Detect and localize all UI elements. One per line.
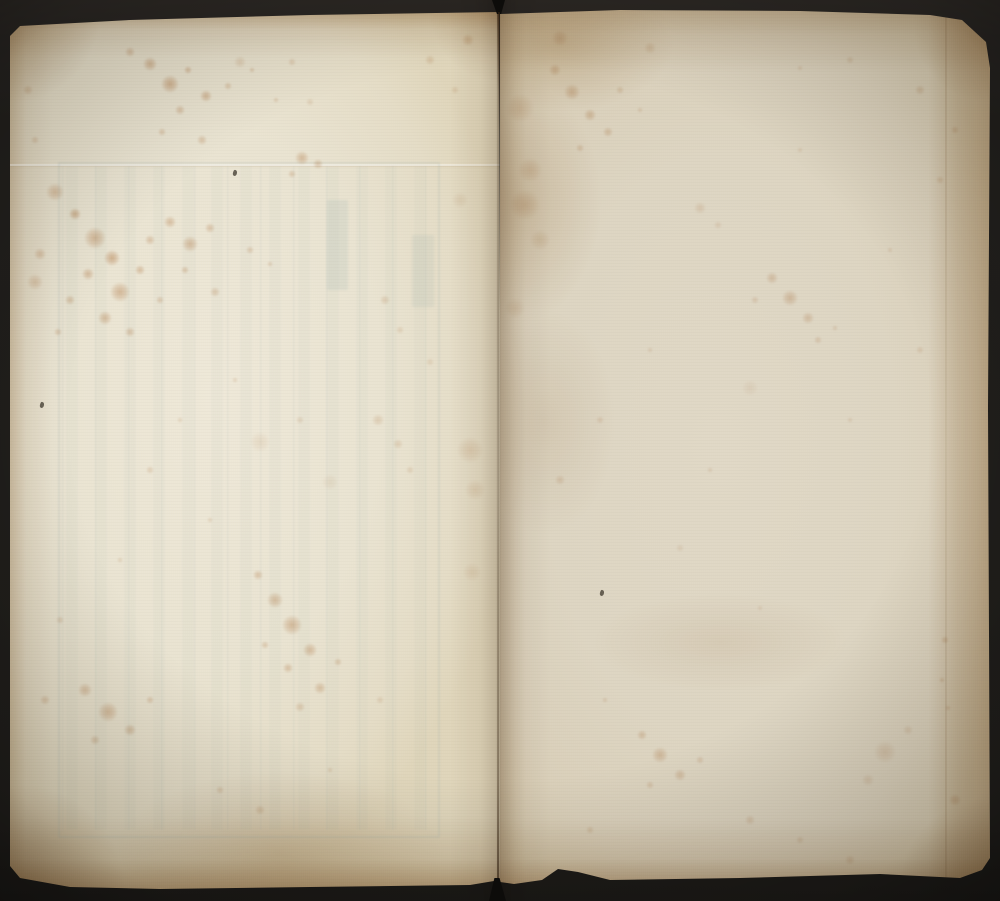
foxing-spot xyxy=(314,682,326,694)
foxing-spot xyxy=(802,312,814,324)
foxing-spot xyxy=(288,58,296,66)
foxing-spot xyxy=(34,248,46,260)
foxing-spot xyxy=(158,128,166,136)
foxing-spot xyxy=(23,85,33,95)
foxing-spot xyxy=(676,544,684,552)
foxing-spot xyxy=(887,247,893,253)
right-page xyxy=(500,8,990,889)
foxing-spot xyxy=(69,208,81,220)
foxing-spot xyxy=(296,416,304,424)
foxing-spot xyxy=(65,295,75,305)
foxing-spot xyxy=(372,414,384,426)
foxing-spot xyxy=(845,855,855,865)
showthrough-title-block xyxy=(327,200,348,290)
foxing-spot xyxy=(327,767,333,773)
foxing-spot xyxy=(941,636,949,644)
foxing-spot xyxy=(596,416,604,424)
foxing-spot xyxy=(936,176,944,184)
foxing-spot xyxy=(452,192,468,208)
foxing-spot xyxy=(751,296,759,304)
right-page-edge-browning xyxy=(500,8,990,889)
foxing-spot xyxy=(117,557,123,563)
foxing-spot xyxy=(40,695,50,705)
foxing-spot xyxy=(647,347,653,353)
foxing-spot xyxy=(564,84,580,100)
foxing-spot xyxy=(396,326,404,334)
foxing-spot xyxy=(939,677,945,683)
binding-notch-top xyxy=(492,0,505,14)
foxing-spot xyxy=(797,147,803,153)
foxing-spot xyxy=(306,98,314,106)
foxing-spot xyxy=(584,109,596,121)
foxing-spot xyxy=(451,86,459,94)
foxing-spot xyxy=(146,466,154,474)
foxing-spot xyxy=(874,741,896,763)
foxing-spot xyxy=(915,85,925,95)
foxing-spot xyxy=(288,170,296,178)
foxing-spot xyxy=(376,696,384,704)
foxing-spot xyxy=(380,295,390,305)
foxing-spot xyxy=(250,432,270,452)
foxing-right xyxy=(500,8,990,889)
foxing-spot xyxy=(246,246,254,254)
foxing-spot xyxy=(616,86,624,94)
foxing-spot xyxy=(714,221,722,229)
foxing-spot xyxy=(295,151,309,165)
foxing-spot xyxy=(696,756,704,764)
foxing-spot xyxy=(181,266,189,274)
foxing-spot xyxy=(766,272,778,284)
foxing-spot xyxy=(253,570,263,580)
showthrough-border-frame xyxy=(58,162,440,838)
foxing-spot xyxy=(506,94,534,122)
debris-speck xyxy=(599,590,605,597)
foxing-spot xyxy=(234,56,246,68)
foxing-spot xyxy=(232,377,238,383)
foxing-spot xyxy=(549,64,561,76)
foxing-spot xyxy=(78,683,92,697)
foxing-spot xyxy=(518,158,542,182)
foxing-spot xyxy=(322,474,338,490)
foxing-spot xyxy=(782,290,798,306)
foxing-spot xyxy=(249,67,255,73)
foxing-spot xyxy=(637,730,647,740)
foxing-spot xyxy=(125,47,135,57)
foxing-spot xyxy=(210,287,220,297)
foxing-spot xyxy=(393,439,403,449)
foxing-spot xyxy=(177,417,183,423)
foxing-spot xyxy=(84,227,106,249)
foxing-spot xyxy=(145,235,155,245)
foxing-spot xyxy=(104,250,120,266)
foxing-spot xyxy=(146,696,154,704)
foxing-spot xyxy=(135,265,145,275)
foxing-spot xyxy=(847,417,853,423)
foxing-spot xyxy=(796,836,804,844)
foxing-spot xyxy=(255,805,265,815)
right-page-fold-crease xyxy=(945,8,947,889)
foxing-spot xyxy=(951,126,959,134)
foxing-spot xyxy=(742,380,758,396)
foxing-spot xyxy=(425,55,435,65)
foxing-spot xyxy=(916,346,924,354)
foxing-spot xyxy=(949,794,961,806)
foxing-spot xyxy=(124,724,136,736)
foxing-spot xyxy=(175,105,185,115)
foxing-spot xyxy=(197,135,207,145)
foxing-spot xyxy=(184,66,192,74)
foxing-spot xyxy=(164,216,176,228)
debris-speck xyxy=(39,402,45,409)
foxing-spot xyxy=(110,282,130,302)
foxing-spot xyxy=(406,466,414,474)
foxing-spot xyxy=(745,815,755,825)
foxing-spot xyxy=(510,190,540,220)
foxing-spot xyxy=(261,641,269,649)
foxing-spot xyxy=(90,735,100,745)
foxing-spot xyxy=(832,325,838,331)
foxing-spot xyxy=(945,705,951,711)
foxing-spot xyxy=(555,475,565,485)
foxing-spot xyxy=(224,82,232,90)
left-page-horizontal-crease xyxy=(10,164,500,166)
foxing-spot xyxy=(267,592,283,608)
foxing-spot xyxy=(46,183,64,201)
foxing-spot xyxy=(644,42,656,54)
foxing-spot xyxy=(552,30,568,46)
foxing-spot xyxy=(205,223,215,233)
foxing-spot xyxy=(303,643,317,657)
book-scan xyxy=(0,0,1000,901)
foxing-spot xyxy=(694,202,706,214)
foxing-spot xyxy=(182,236,198,252)
foxing-spot xyxy=(457,437,483,463)
foxing-spot xyxy=(82,268,94,280)
foxing-spot xyxy=(646,781,654,789)
foxing-spot xyxy=(674,769,686,781)
left-page xyxy=(10,12,500,889)
foxing-spot xyxy=(31,136,39,144)
foxing-spot xyxy=(462,34,474,46)
foxing-spot xyxy=(56,616,64,624)
foxing-spot xyxy=(54,328,62,336)
foxing-spot xyxy=(283,663,293,673)
foxing-spot xyxy=(200,90,212,102)
foxing-spot xyxy=(846,56,854,64)
foxing-spot xyxy=(216,786,224,794)
foxing-spot xyxy=(576,144,584,152)
foxing-spot xyxy=(267,261,273,267)
left-page-edge-browning xyxy=(10,12,500,889)
foxing-spot xyxy=(98,702,118,722)
foxing-spot xyxy=(652,747,668,763)
foxing-spot xyxy=(637,107,643,113)
foxing-spot xyxy=(707,467,713,473)
foxing-spot xyxy=(530,230,550,250)
foxing-spot xyxy=(334,658,342,666)
foxing-spot xyxy=(161,75,179,93)
showthrough-text-columns xyxy=(62,166,432,830)
foxing-spot xyxy=(273,97,279,103)
foxing-spot xyxy=(586,826,594,834)
foxing-spot xyxy=(207,517,213,523)
foxing-spot xyxy=(814,336,822,344)
foxing-spot xyxy=(603,127,613,137)
foxing-spot xyxy=(463,563,481,581)
foxing-spot xyxy=(426,358,434,366)
foxing-spot xyxy=(602,697,608,703)
foxing-spot xyxy=(862,774,874,786)
showthrough-title-block xyxy=(412,235,434,307)
foxing-spot xyxy=(143,57,157,71)
foxing-spot xyxy=(27,274,43,290)
foxing-spot xyxy=(98,311,112,325)
foxing-spot xyxy=(757,605,763,611)
foxing-spot xyxy=(295,702,305,712)
foxing-spot xyxy=(903,725,913,735)
foxing-left xyxy=(10,12,500,889)
foxing-spot xyxy=(313,159,323,169)
foxing-spot xyxy=(156,296,164,304)
debris-speck xyxy=(232,170,238,177)
foxing-spot xyxy=(282,615,302,635)
foxing-spot xyxy=(505,298,525,318)
foxing-spot xyxy=(125,327,135,337)
foxing-spot xyxy=(465,480,485,500)
foxing-spot xyxy=(797,65,803,71)
